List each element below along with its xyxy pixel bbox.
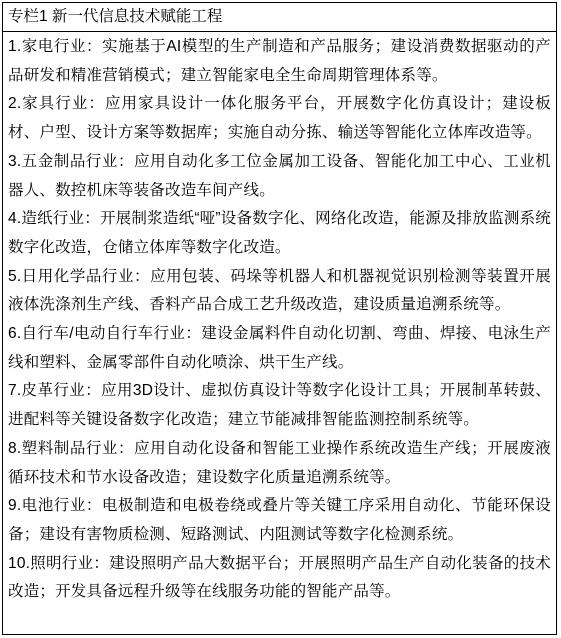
list-item: 4.造纸行业：开展制浆造纸“哑”设备数字化、网络化改造，能源及排放监测系统数字化… [8,205,551,262]
panel-title: 专栏1 新一代信息技术赋能工程 [3,3,556,32]
list-item: 6.自行车/电动自行车行业：建设金属料件自动化切割、弯曲、焊接、电泳生产线和塑料… [8,320,551,377]
list-item: 3.五金制品行业：应用自动化多工位金属加工设备、智能化加工中心、工业机器人、数控… [8,148,551,205]
info-panel: 专栏1 新一代信息技术赋能工程 1.家电行业：实施基于AI模型的生产制造和产品服… [2,2,557,635]
list-item: 8.塑料制品行业：应用自动化设备和智能工业操作系统改造生产线；开展废液循环技术和… [8,435,551,492]
list-item: 10.照明行业：建设照明产品大数据平台；开展照明产品生产自动化装备的技术改造；开… [8,550,551,607]
list-item: 7.皮革行业：应用3D设计、虚拟仿真设计等数字化设计工具；开展制革转鼓、进配料等… [8,377,551,434]
panel-body: 1.家电行业：实施基于AI模型的生产制造和产品服务；建设消费数据驱动的产品研发和… [3,32,556,607]
list-item: 1.家电行业：实施基于AI模型的生产制造和产品服务；建设消费数据驱动的产品研发和… [8,33,551,90]
list-item: 2.家具行业：应用家具设计一体化服务平台，开展数字化仿真设计；建设板材、户型、设… [8,90,551,147]
list-item: 5.日用化学品行业：应用包装、码垛等机器人和机器视觉识别检测等装置开展液体洗涤剂… [8,263,551,320]
list-item: 9.电池行业：电极制造和电极卷绕或叠片等关键工序采用自动化、节能环保设备；建设有… [8,492,551,549]
